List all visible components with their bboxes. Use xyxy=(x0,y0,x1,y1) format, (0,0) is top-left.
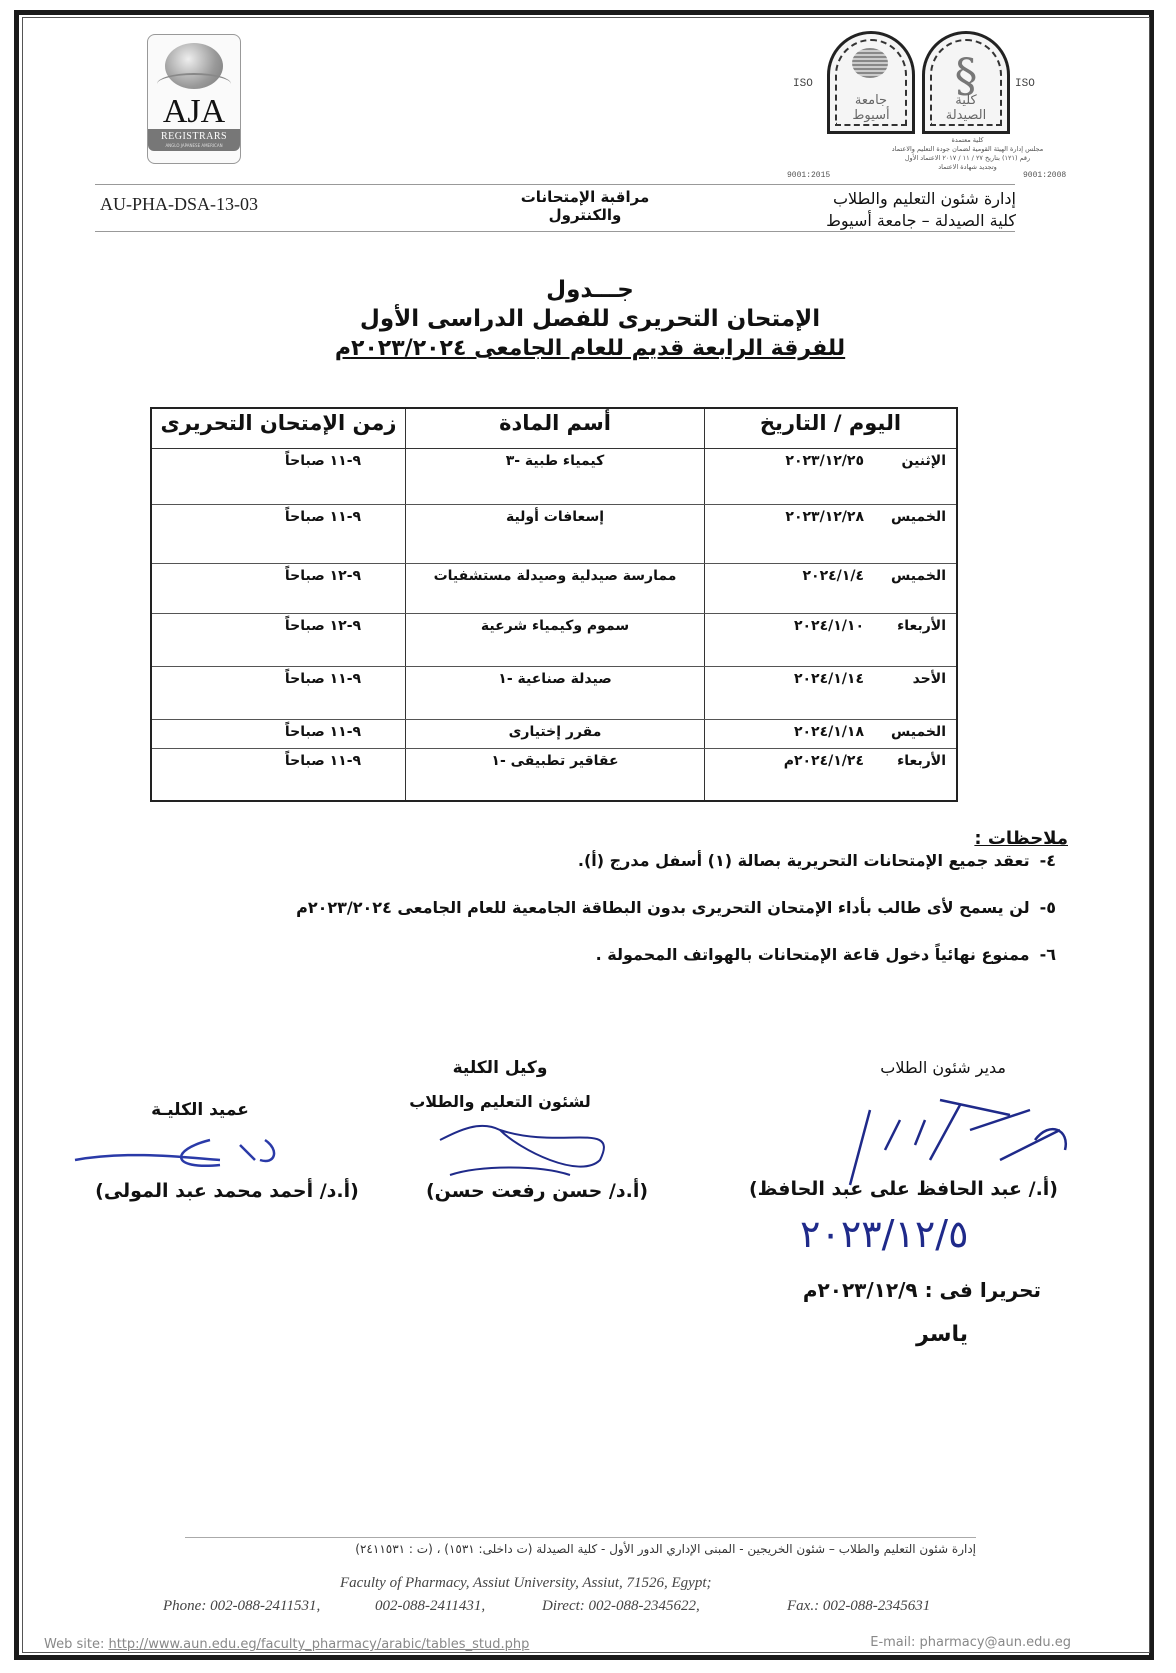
aja-logo-subtext: ANGLO JAPANESE AMERICAN xyxy=(148,142,240,151)
notes-section: ملاحظات : ٤-تعقد جميع الإمتحانات التحرير… xyxy=(256,828,1056,964)
faculty-pharmacy-emblem: § كلية الصيدلة xyxy=(922,31,1010,134)
aja-logo-band: REGISTRARS xyxy=(148,129,240,142)
signature-dean: عميد الكليـة xyxy=(120,1100,280,1120)
title-line-2: الإمتحان التحريرى للفصل الدراسى الأول xyxy=(250,304,930,334)
row-date: ٢٠٢٤/١/١٠ xyxy=(794,618,864,634)
table-header-row: اليوم / التاريخ أسم المادة زمن الإمتحان … xyxy=(151,408,957,449)
signature-student-affairs-name: (أ./ عبد الحافظ على عبد الحافظ) xyxy=(749,1178,1058,1200)
footer-arabic-address: إدارة شئون التعليم والطلاب – شئون الخريج… xyxy=(185,1537,976,1556)
row-subject: إسعافات أولية xyxy=(406,505,705,564)
row-day: الخميس xyxy=(876,724,946,740)
row-date: ٢٠٢٤/١/٤ xyxy=(803,568,865,584)
row-subject: عقاقير تطبيقى -١ xyxy=(406,749,705,801)
website-link[interactable]: http://www.aun.edu.eg/faculty_pharmacy/a… xyxy=(108,1637,529,1652)
row-subject: ممارسة صيدلية وصيدلة مستشفيات xyxy=(406,564,705,614)
dept-line-1: إدارة شئون التعليم والطلاب xyxy=(826,188,1016,210)
row-day: الأربعاء xyxy=(876,753,946,769)
table-row: الخميس٢٠٢٤/١/١٨ مقرر إختيارى ٩-١١ صباحاً xyxy=(151,720,957,749)
accreditation-text: كلية معتمدة مجلس إدارة الهيئة القومية لض… xyxy=(845,136,1090,172)
row-time: ٩-١٢ صباحاً xyxy=(151,564,406,614)
footer-email[interactable]: E-mail: pharmacy@aun.edu.eg xyxy=(870,1635,1071,1650)
row-time: ٩-١١ صباحاً xyxy=(151,449,406,505)
row-subject: كيمياء طبية -٣ xyxy=(406,449,705,505)
signature-vice-dean-name: (أ.د/ حسن رفعت حسن) xyxy=(412,1180,662,1202)
row-date: ٢٠٢٤/١/١٨ xyxy=(794,724,864,740)
row-day: الخميس xyxy=(876,509,946,525)
row-day: الإثنين xyxy=(876,453,946,469)
faculty-dept-block: إدارة شئون التعليم والطلاب كلية الصيدلة … xyxy=(826,188,1016,232)
row-date: ٢٠٢٣/١٢/٢٨ xyxy=(785,509,864,525)
table-row: الأحد٢٠٢٤/١/١٤ صيدلة صناعية -١ ٩-١١ صباح… xyxy=(151,667,957,720)
exams-control-dept: مراقبة الإمتحانات والكنترول xyxy=(485,188,685,224)
document-title: جـــدول الإمتحان التحريرى للفصل الدراسى … xyxy=(250,276,930,364)
exam-schedule-table: اليوم / التاريخ أسم المادة زمن الإمتحان … xyxy=(150,407,958,802)
footer-phone-2: 002-088-2411431, xyxy=(375,1598,485,1615)
signature-vice-dean-scribble xyxy=(420,1110,620,1190)
footer-website: Web site: http://www.aun.edu.eg/faculty_… xyxy=(44,1637,529,1652)
iso-number-right: 9001:2008 xyxy=(1023,171,1066,180)
title-line-3: للفرقة الرابعة قديم للعام الجامعى ٢٠٢٣/٢… xyxy=(250,334,930,364)
header-subject: أسم المادة xyxy=(406,408,705,449)
aja-registrars-logo: AJA REGISTRARS ANGLO JAPANESE AMERICAN xyxy=(147,34,241,164)
table-row: الإثنين٢٠٢٣/١٢/٢٥ كيمياء طبية -٣ ٩-١١ صب… xyxy=(151,449,957,505)
assiut-university-emblem: جامعة أسيوط xyxy=(827,31,915,134)
note-item: ٤-تعقد جميع الإمتحانات التحريرية بصالة (… xyxy=(256,851,1056,870)
iso-label-right: ISO xyxy=(1015,78,1035,90)
pharmacy-emblem-label: كلية الصيدلة xyxy=(933,93,999,123)
header-divider-top xyxy=(95,184,1015,185)
row-date: ٢٠٢٤/١/١٤ xyxy=(794,671,864,687)
header-day-date: اليوم / التاريخ xyxy=(705,408,958,449)
typist-name: ياسر xyxy=(916,1322,968,1347)
row-date: ٢٠٢٤/١/٢٤م xyxy=(784,753,864,769)
footer-direct: Direct: 002-088-2345622, xyxy=(542,1598,700,1615)
written-on-date: تحريرا فى : ٢٠٢٣/١٢/٩م xyxy=(803,1278,1041,1302)
title-line-1: جـــدول xyxy=(250,276,930,304)
row-subject: سموم وكيمياء شرعية xyxy=(406,614,705,667)
handwritten-date: ٢٠٢٣/١٢/٥ xyxy=(800,1212,968,1256)
assiut-emblem-label: جامعة أسيوط xyxy=(838,93,904,123)
footer-address: Faculty of Pharmacy, Assiut University, … xyxy=(340,1575,712,1592)
document-code: AU-PHA-DSA-13-03 xyxy=(100,194,258,215)
footer-fax: Fax.: 002-088-2345631 xyxy=(787,1598,930,1615)
signature-student-affairs-scribble xyxy=(830,1090,1080,1190)
signature-student-affairs-title: مدير شئون الطلاب xyxy=(880,1058,1006,1077)
row-day: الأحد xyxy=(876,671,946,687)
header-divider-bottom xyxy=(95,231,1015,232)
table-row: الأربعاء٢٠٢٤/١/٢٤م عقاقير تطبيقى -١ ٩-١١… xyxy=(151,749,957,801)
notes-title: ملاحظات : xyxy=(256,828,1068,849)
university-faculty-logos: ISO ISO جامعة أسيوط § كلية الصيدلة كلية … xyxy=(845,28,1090,183)
row-day: الأربعاء xyxy=(876,618,946,634)
footer-phone: Phone: 002-088-2411531, xyxy=(163,1598,320,1615)
row-day: الخميس xyxy=(876,568,946,584)
row-time: ٩-١١ صباحاً xyxy=(151,505,406,564)
row-time: ٩-١١ صباحاً xyxy=(151,667,406,720)
dept-line-2: كلية الصيدلة – جامعة أسيوط xyxy=(826,210,1016,232)
note-item: ٦-ممنوع نهائياً دخول قاعة الإمتحانات بال… xyxy=(256,945,1056,964)
sun-icon xyxy=(852,48,888,78)
row-date: ٢٠٢٣/١٢/٢٥ xyxy=(785,453,864,469)
signature-vice-dean: وكيل الكلية لشئون التعليم والطلاب xyxy=(390,1058,610,1111)
globe-icon xyxy=(165,43,223,89)
signature-dean-name: (أ.د/ أحمد محمد عبد المولى) xyxy=(62,1180,392,1202)
table-row: الخميس٢٠٢٤/١/٤ ممارسة صيدلية وصيدلة مستش… xyxy=(151,564,957,614)
row-time: ٩-١١ صباحاً xyxy=(151,720,406,749)
row-time: ٩-١٢ صباحاً xyxy=(151,614,406,667)
table-row: الخميس٢٠٢٣/١٢/٢٨ إسعافات أولية ٩-١١ صباح… xyxy=(151,505,957,564)
aja-logo-text: AJA xyxy=(148,95,240,129)
iso-label-left: ISO xyxy=(793,78,813,90)
iso-number-left: 9001:2015 xyxy=(787,171,830,180)
row-subject: صيدلة صناعية -١ xyxy=(406,667,705,720)
note-item: ٥-لن يسمح لأى طالب بأداء الإمتحان التحري… xyxy=(256,898,1056,917)
row-time: ٩-١١ صباحاً xyxy=(151,749,406,801)
row-subject: مقرر إختيارى xyxy=(406,720,705,749)
table-row: الأربعاء٢٠٢٤/١/١٠ سموم وكيمياء شرعية ٩-١… xyxy=(151,614,957,667)
header-exam-time: زمن الإمتحان التحريرى xyxy=(151,408,406,449)
